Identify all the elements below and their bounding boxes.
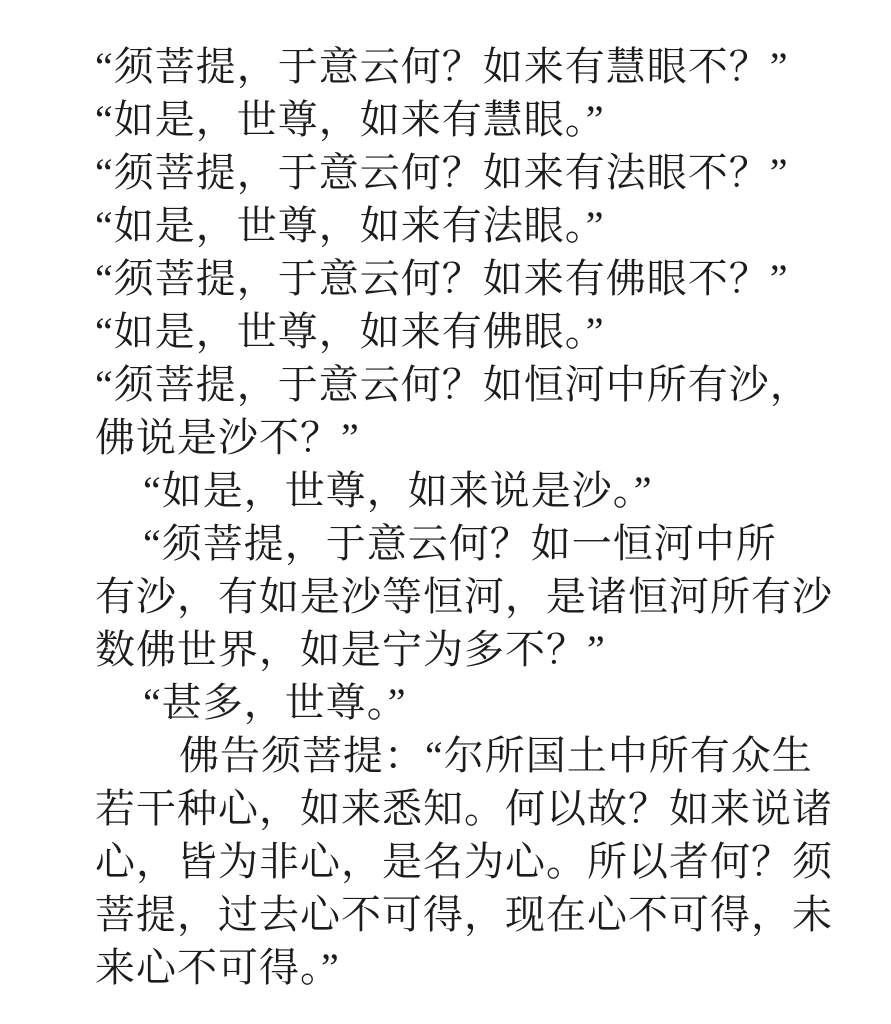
text-line: 若干种心，如来悉知。何以故？如来说诸 bbox=[95, 782, 831, 835]
text-line: “须菩提，于意云何？如来有慧眼不？” bbox=[95, 40, 831, 93]
text-line: “甚多，世尊。” bbox=[143, 676, 831, 729]
text-line: “须菩提，于意云何？如一恒河中所 bbox=[143, 517, 831, 570]
text-line: 佛说是沙不？” bbox=[95, 411, 831, 464]
text-line: 数佛世界，如是宁为多不？” bbox=[95, 623, 831, 676]
text-line: 来心不可得。” bbox=[95, 941, 831, 994]
text-line: 菩提，过去心不可得，现在心不可得，未 bbox=[95, 888, 831, 941]
document-page: “须菩提，于意云何？如来有慧眼不？”“如是，世尊，如来有慧眼。”“须菩提，于意云… bbox=[0, 0, 891, 1024]
text-line: “如是，世尊，如来有法眼。” bbox=[95, 199, 831, 252]
text-line: “如是，世尊，如来有佛眼。” bbox=[95, 305, 831, 358]
text-line: “如是，世尊，如来有慧眼。” bbox=[95, 93, 831, 146]
text-line: “须菩提，于意云何？如来有法眼不？” bbox=[95, 146, 831, 199]
text-line: “须菩提，于意云何？如恒河中所有沙， bbox=[95, 358, 831, 411]
text-line: “须菩提，于意云何？如来有佛眼不？” bbox=[95, 252, 831, 305]
text-block: “须菩提，于意云何？如来有慧眼不？”“如是，世尊，如来有慧眼。”“须菩提，于意云… bbox=[0, 0, 891, 994]
text-line: 有沙，有如是沙等恒河，是诸恒河所有沙 bbox=[95, 570, 831, 623]
text-line: “如是，世尊，如来说是沙。” bbox=[143, 464, 831, 517]
text-line: 佛告须菩提：“尔所国土中所有众生 bbox=[179, 729, 831, 782]
text-line: 心，皆为非心，是名为心。所以者何？须 bbox=[95, 835, 831, 888]
